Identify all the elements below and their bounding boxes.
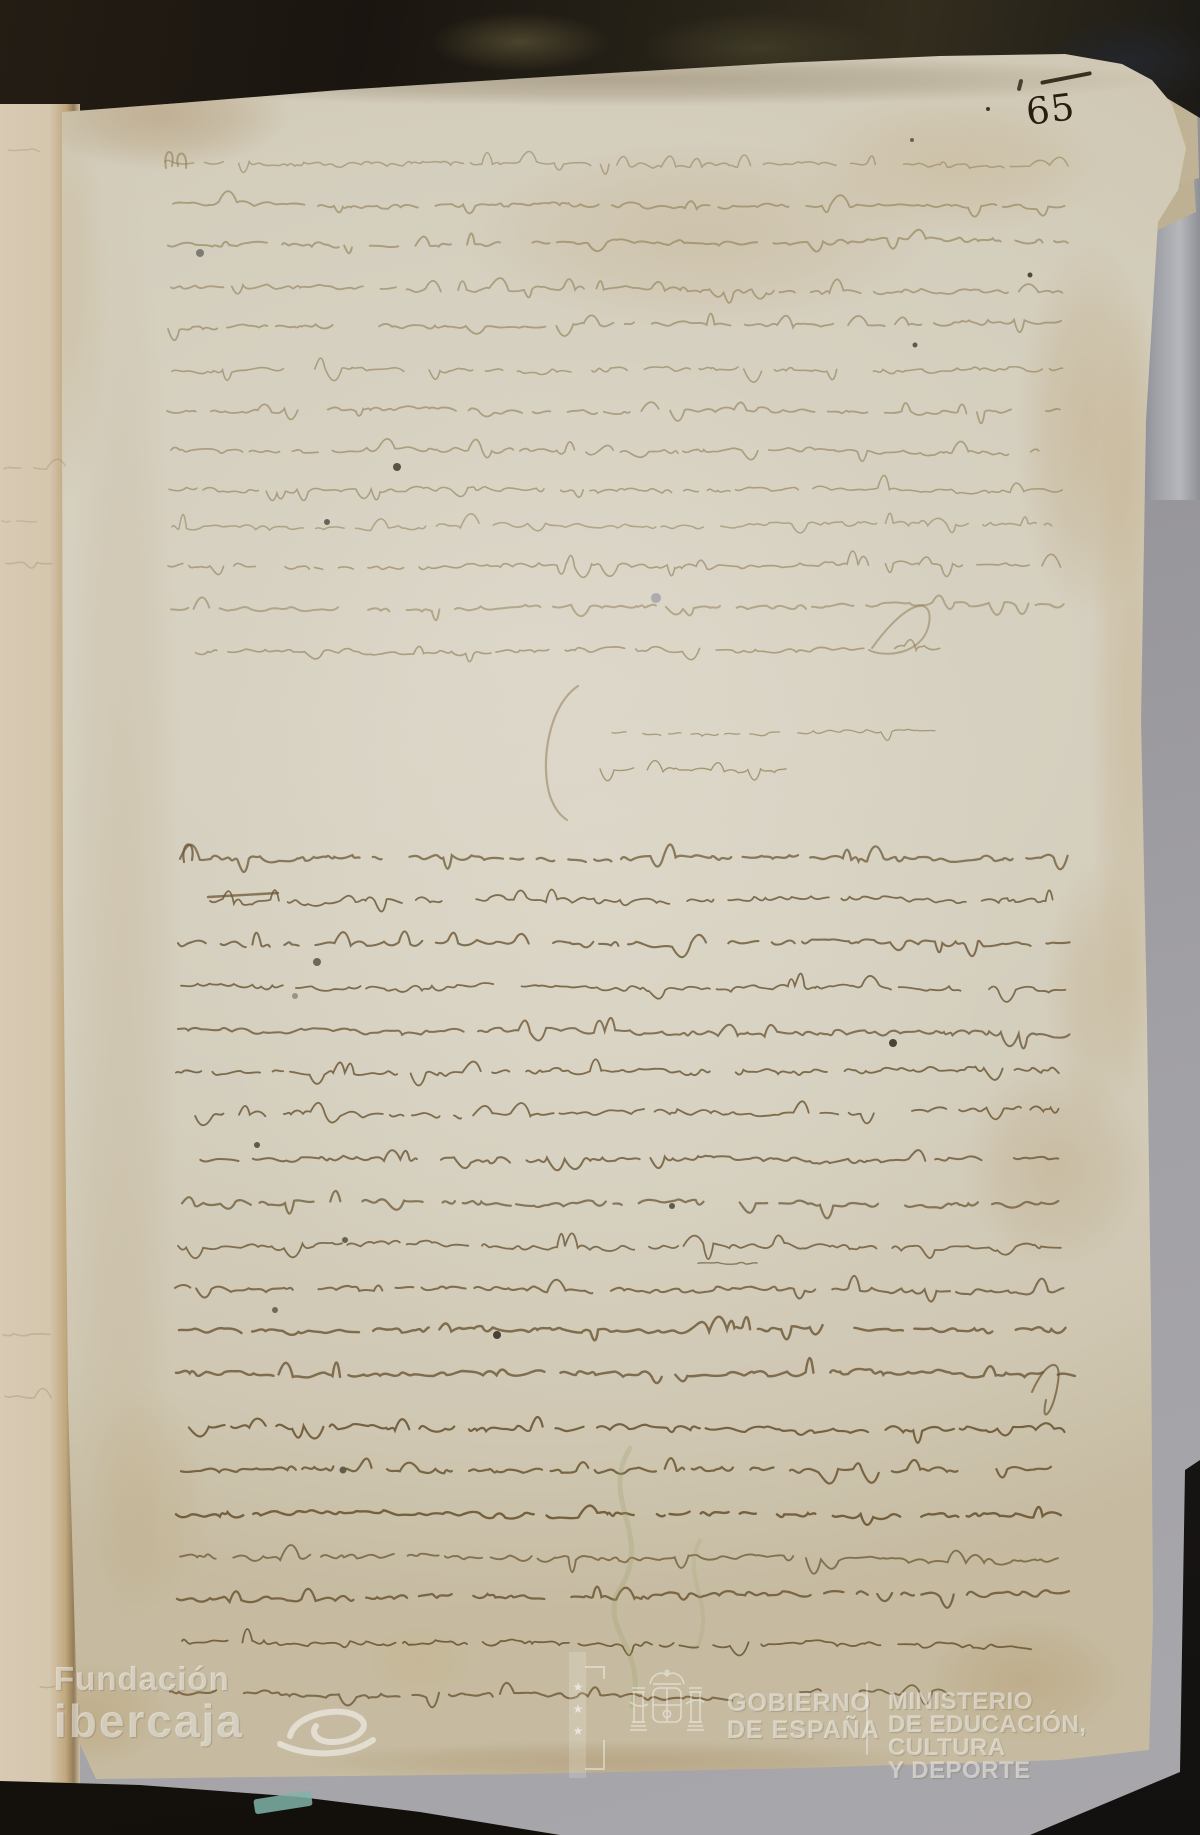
handwriting-line bbox=[2, 521, 54, 522]
ibercaja-logo-icon bbox=[276, 1700, 376, 1760]
star-icon: ★ bbox=[570, 1720, 586, 1742]
handwriting-line bbox=[3, 1334, 61, 1336]
crop-bracket-bottom bbox=[585, 1740, 605, 1770]
handwriting-line bbox=[40, 1686, 55, 1687]
handwriting-line bbox=[6, 562, 52, 568]
watermark-ministerio-line3: Y DEPORTE bbox=[888, 1759, 1200, 1782]
handwriting-line bbox=[8, 149, 39, 152]
watermark-ministerio-line1: MINISTERIO bbox=[888, 1690, 1200, 1713]
crop-bracket-top bbox=[585, 1666, 605, 1679]
manuscript-photo: 65 Fundación ibercaja ★ ★ ★ GOBIERNO DE … bbox=[0, 0, 1200, 1835]
watermark-gobierno-line2: DE ESPAÑA bbox=[727, 1717, 880, 1744]
watermark-fundacion-line1: Fundación bbox=[54, 1660, 230, 1698]
handwriting-line bbox=[5, 1389, 51, 1398]
watermark-divider bbox=[866, 1683, 868, 1755]
watermark-gobierno-line1: GOBIERNO bbox=[727, 1690, 880, 1717]
watermark-ministerio: MINISTERIO DE EDUCACIÓN, CULTURA Y DEPOR… bbox=[888, 1690, 1200, 1782]
handwriting-line bbox=[4, 459, 65, 469]
watermark-gobierno: GOBIERNO DE ESPAÑA bbox=[727, 1690, 880, 1744]
watermark-ministerio-line2: DE EDUCACIÓN, CULTURA bbox=[888, 1713, 1200, 1759]
star-icon: ★ bbox=[570, 1698, 586, 1720]
spain-coat-of-arms-icon bbox=[622, 1668, 712, 1753]
star-icon: ★ bbox=[570, 1676, 586, 1698]
watermark-fundacion-line2: ibercaja bbox=[54, 1694, 244, 1748]
margin-showthrough-layer bbox=[0, 0, 1200, 1835]
eu-stars-column: ★ ★ ★ bbox=[570, 1676, 586, 1742]
